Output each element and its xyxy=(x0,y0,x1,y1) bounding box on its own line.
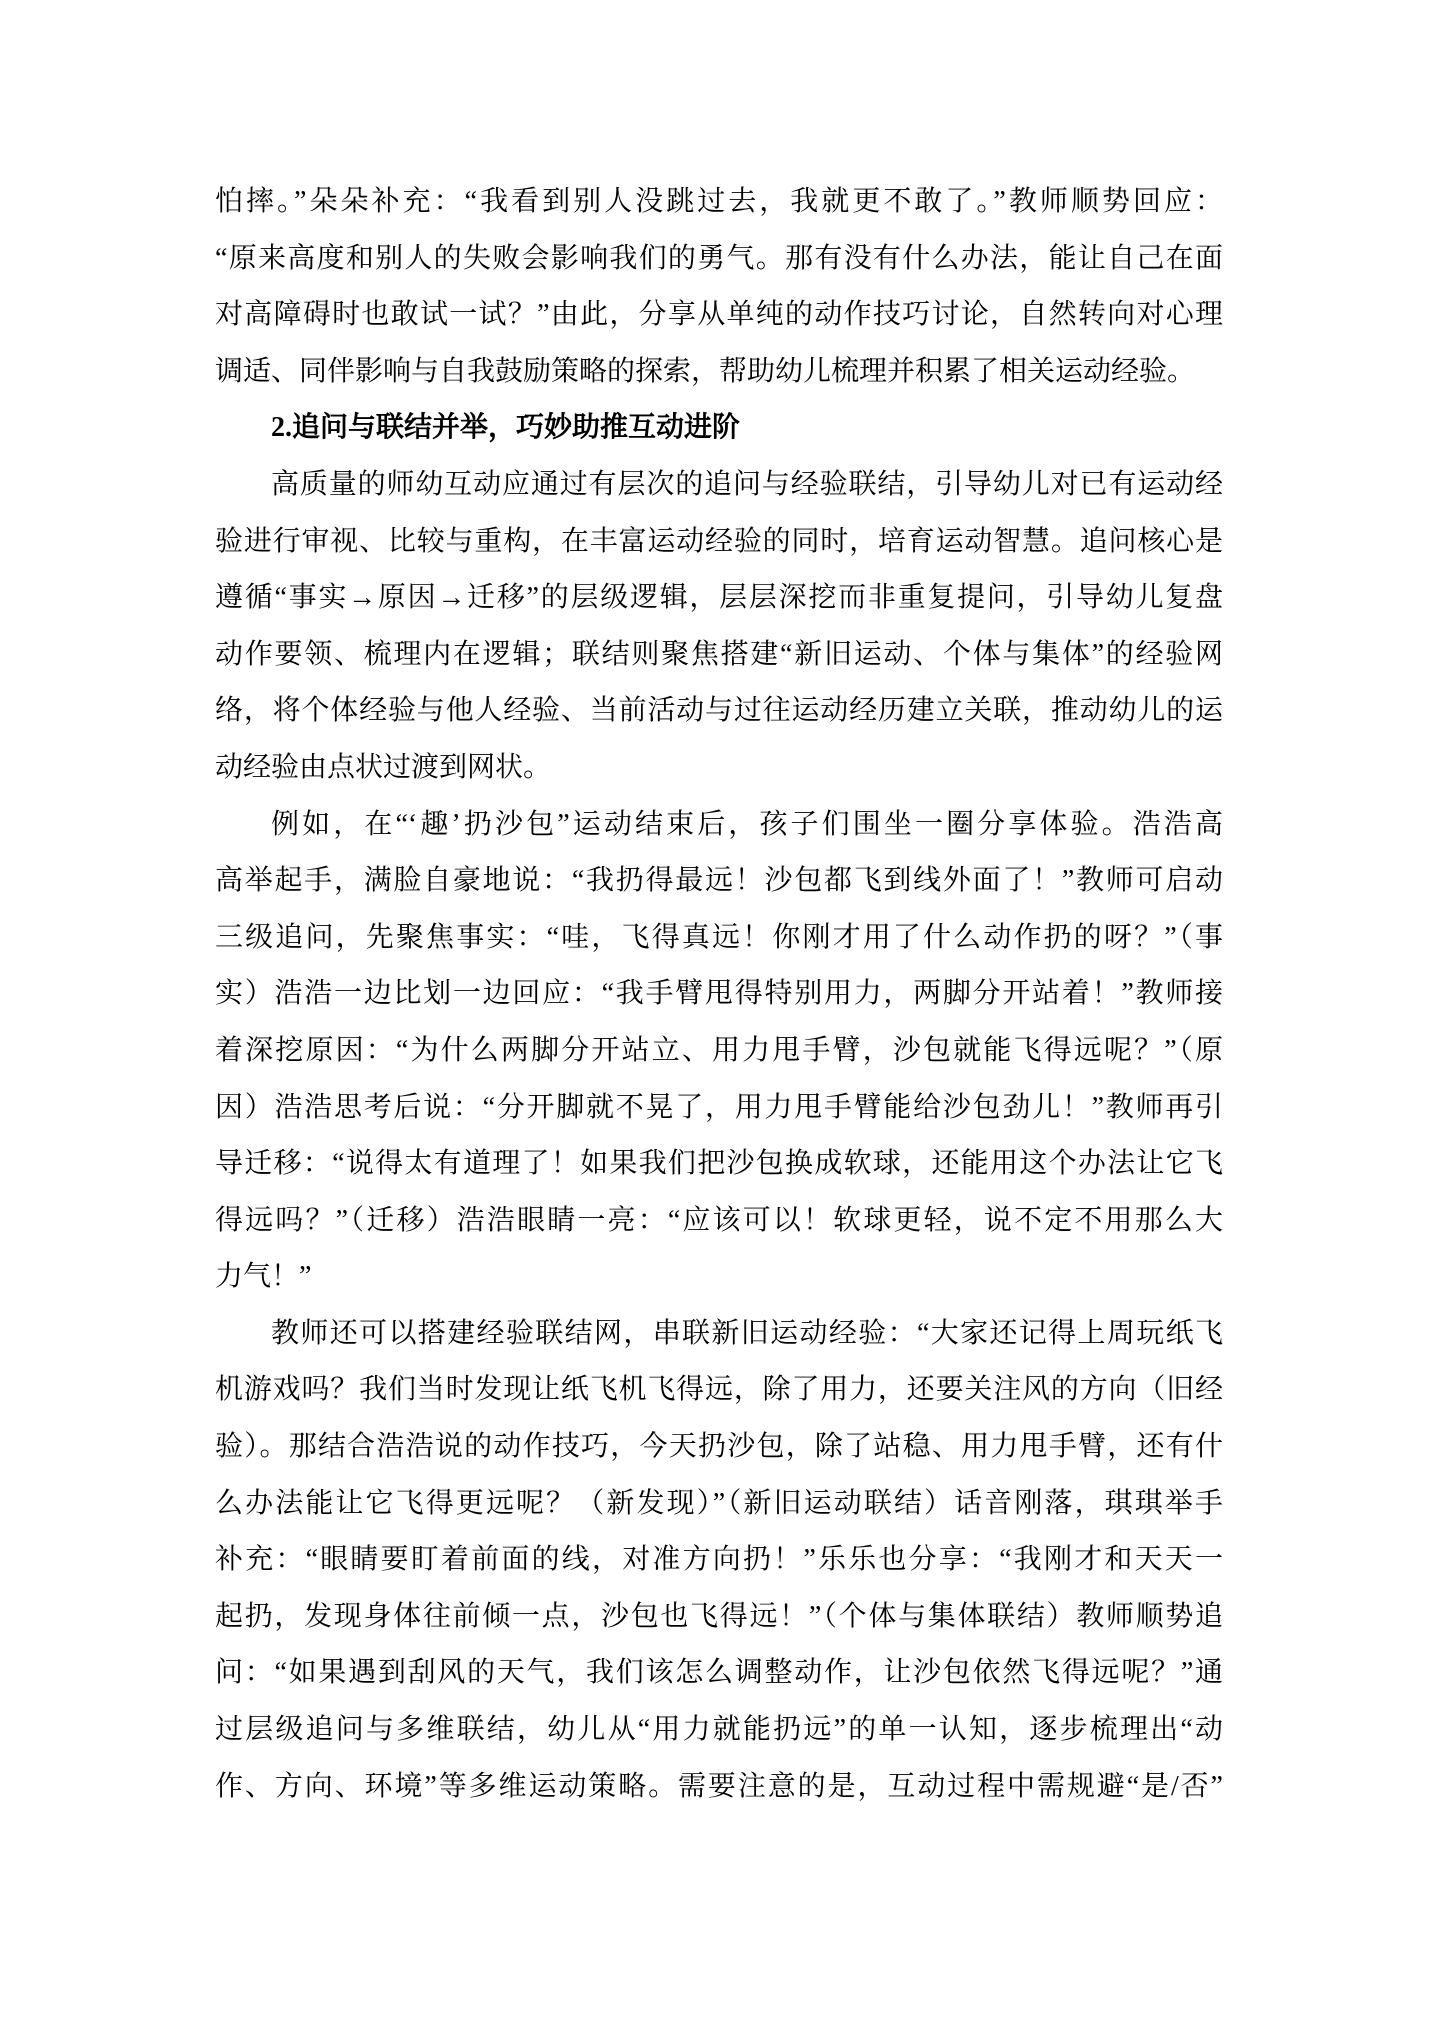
paragraph: 教师还可以搭建经验联结网，串联新旧运动经验：“大家还记得上周玩纸飞机游戏吗？我们… xyxy=(215,1306,1223,1815)
text-line: “原来高度和别人的失败会影响我们的勇气。那有没有什么办法，能让自己在面 xyxy=(215,231,1223,288)
text-line: 遵循“事实→原因→迁移”的层级逻辑，层层深挖而非重复提问，引导幼儿复盘 xyxy=(215,570,1223,627)
paragraph: 高质量的师幼互动应通过有层次的追问与经验联结，引导幼儿对已有运动经验进行审视、比… xyxy=(215,457,1223,797)
text-line: 动经验由点状过渡到网状。 xyxy=(215,740,1223,797)
text-line: 因）浩浩思考后说：“分开脚就不晃了，用力甩手臂能给沙包劲儿！”教师再引 xyxy=(215,1080,1223,1137)
text-line: 么办法能让它飞得更远呢？（新发现）”（新旧运动联结）话音刚落，琪琪举手 xyxy=(215,1476,1223,1533)
text-line: 调适、同伴影响与自我鼓励策略的探索，帮助幼儿梳理并积累了相关运动经验。 xyxy=(215,344,1223,401)
text-line: 2.追问与联结并举，巧妙助推互动进阶 xyxy=(215,400,1223,457)
text-line: 补充：“眼睛要盯着前面的线，对准方向扔！”乐乐也分享：“我刚才和天天一 xyxy=(215,1532,1223,1589)
text-line: 过层级追问与多维联结，幼儿从“用力就能扔远”的单一认知，逐步梳理出“动 xyxy=(215,1702,1223,1759)
text-line: 怕摔。”朵朵补充：“我看到别人没跳过去，我就更不敢了。”教师顺势回应： xyxy=(215,174,1223,231)
text-line: 络，将个体经验与他人经验、当前活动与过往运动经历建立关联，推动幼儿的运 xyxy=(215,683,1223,740)
text-line: 作、方向、环境”等多维运动策略。需要注意的是，互动过程中需规避“是/否” xyxy=(215,1759,1223,1816)
text-line: 问：“如果遇到刮风的天气，我们该怎么调整动作，让沙包依然飞得远呢？”通 xyxy=(215,1645,1223,1702)
section-heading: 2.追问与联结并举，巧妙助推互动进阶 xyxy=(215,400,1223,457)
text-line: 动作要领、梳理内在逻辑；联结则聚焦搭建“新旧运动、个体与集体”的经验网 xyxy=(215,627,1223,684)
text-line: 例如，在“‘趣’扔沙包”运动结束后，孩子们围坐一圈分享体验。浩浩高 xyxy=(215,797,1223,854)
document-page: 怕摔。”朵朵补充：“我看到别人没跳过去，我就更不敢了。”教师顺势回应：“原来高度… xyxy=(0,0,1438,2034)
page-text: 怕摔。”朵朵补充：“我看到别人没跳过去，我就更不敢了。”教师顺势回应：“原来高度… xyxy=(215,174,1223,1815)
paragraph: 怕摔。”朵朵补充：“我看到别人没跳过去，我就更不敢了。”教师顺势回应：“原来高度… xyxy=(215,174,1223,400)
text-line: 力气！” xyxy=(215,1249,1223,1306)
text-line: 对高障碍时也敢试一试？”由此，分享从单纯的动作技巧讨论，自然转向对心理 xyxy=(215,287,1223,344)
text-line: 导迁移：“说得太有道理了！如果我们把沙包换成软球，还能用这个办法让它飞 xyxy=(215,1136,1223,1193)
text-line: 机游戏吗？我们当时发现让纸飞机飞得远，除了用力，还要关注风的方向（旧经 xyxy=(215,1362,1223,1419)
text-line: 教师还可以搭建经验联结网，串联新旧运动经验：“大家还记得上周玩纸飞 xyxy=(215,1306,1223,1363)
text-line: 验）。那结合浩浩说的动作技巧，今天扔沙包，除了站稳、用力甩手臂，还有什 xyxy=(215,1419,1223,1476)
text-line: 实）浩浩一边比划一边回应：“我手臂甩得特别用力，两脚分开站着！”教师接 xyxy=(215,966,1223,1023)
text-line: 验进行审视、比较与重构，在丰富运动经验的同时，培育运动智慧。追问核心是 xyxy=(215,514,1223,571)
text-line: 高举起手，满脸自豪地说：“我扔得最远！沙包都飞到线外面了！”教师可启动 xyxy=(215,853,1223,910)
text-line: 着深挖原因：“为什么两脚分开站立、用力甩手臂，沙包就能飞得远呢？”（原 xyxy=(215,1023,1223,1080)
paragraph: 例如，在“‘趣’扔沙包”运动结束后，孩子们围坐一圈分享体验。浩浩高高举起手，满脸… xyxy=(215,797,1223,1306)
text-line: 高质量的师幼互动应通过有层次的追问与经验联结，引导幼儿对已有运动经 xyxy=(215,457,1223,514)
text-line: 三级追问，先聚焦事实：“哇，飞得真远！你刚才用了什么动作扔的呀？”（事 xyxy=(215,910,1223,967)
text-line: 得远吗？”（迁移）浩浩眼睛一亮：“应该可以！软球更轻，说不定不用那么大 xyxy=(215,1193,1223,1250)
text-line: 起扔，发现身体往前倾一点，沙包也飞得远！”（个体与集体联结）教师顺势追 xyxy=(215,1589,1223,1646)
